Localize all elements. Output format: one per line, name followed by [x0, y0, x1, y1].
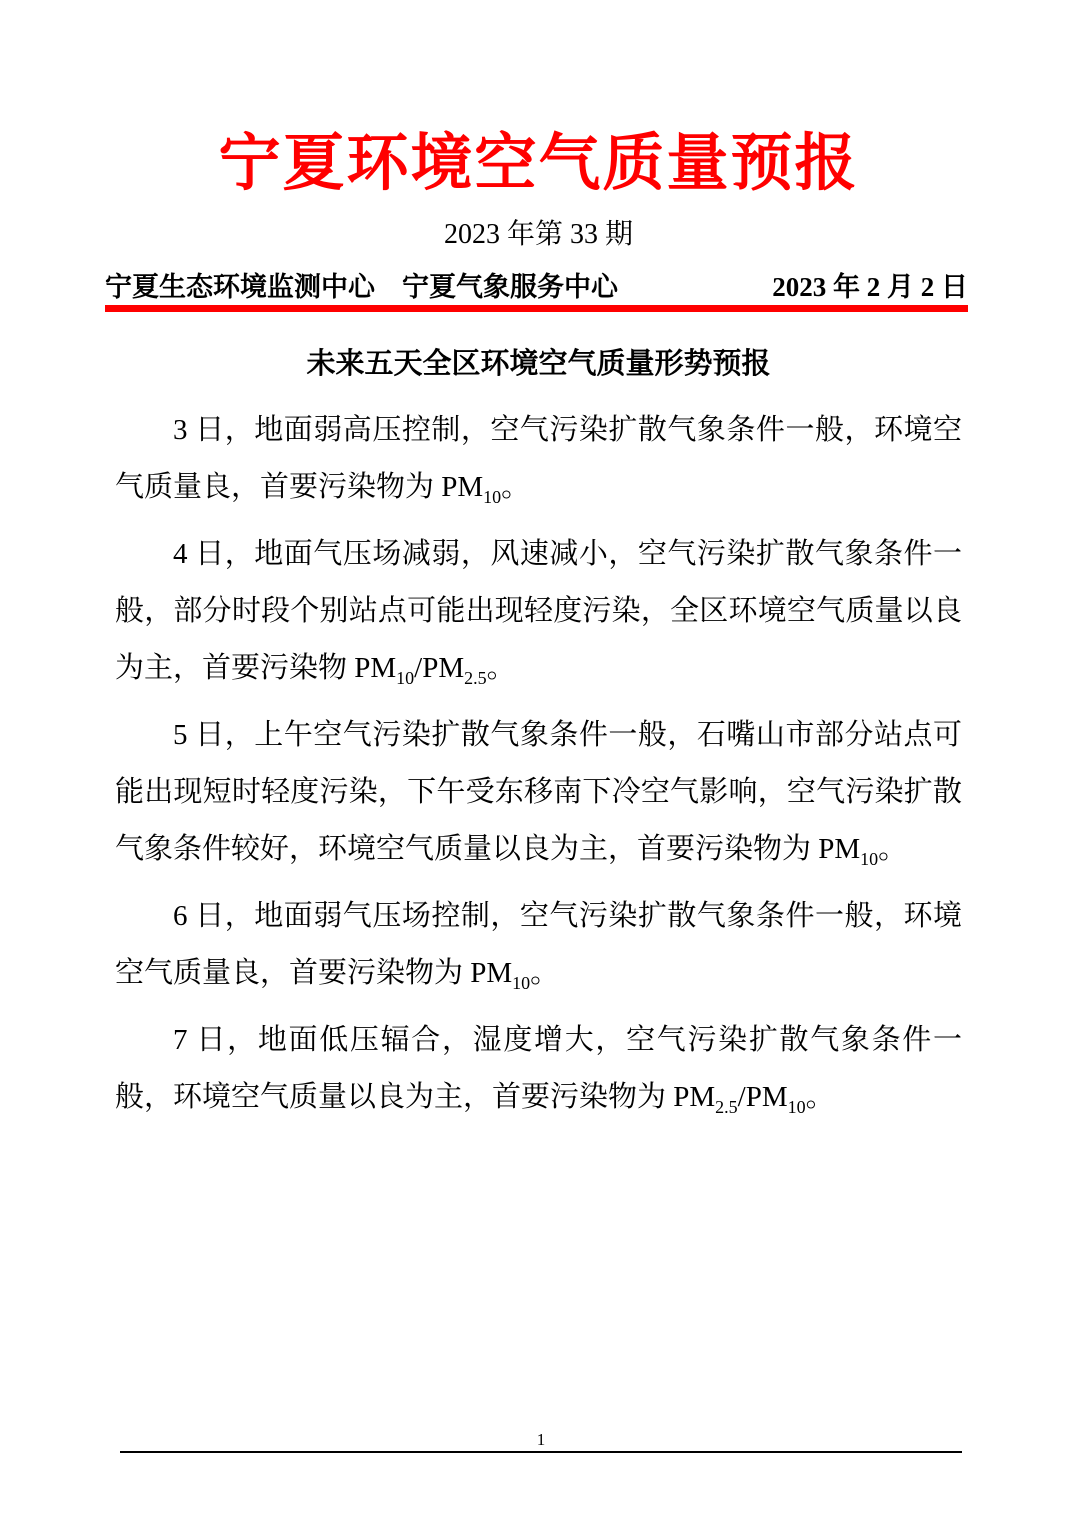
paragraph-text: 。 — [878, 833, 907, 865]
pollutant-subscript: 10 — [860, 849, 878, 869]
body-paragraph: 4 日，地面气压场减弱，风速减小，空气污染扩散气象条件一般，部分时段个别站点可能… — [115, 526, 962, 697]
pollutant-subscript: 2.5 — [715, 1097, 737, 1117]
pollutant-subscript: 10 — [788, 1097, 806, 1117]
body-paragraphs: 3 日，地面弱高压控制，空气污染扩散气象条件一般，环境空气质量良，首要污染物为 … — [115, 402, 962, 1126]
issue-number: 2023 年第 33 期 — [115, 220, 962, 250]
document-title: 宁夏环境空气质量预报 — [115, 130, 962, 198]
paragraph-text: 。 — [530, 957, 559, 989]
paragraph-text: /PM — [414, 652, 464, 684]
body-paragraph: 5 日，上午空气污染扩散气象条件一般，石嘴山市部分站点可能出现短时轻度污染，下午… — [115, 707, 962, 878]
paragraph-text: 。 — [501, 471, 530, 503]
masthead-agencies: 宁夏生态环境监测中心 宁夏气象服务中心 — [105, 272, 618, 302]
paragraph-text: 3 日，地面弱高压控制，空气污染扩散气象条件一般，环境空气质量良，首要污染物为 … — [115, 414, 962, 503]
masthead-date: 2023 年 2 月 2 日 — [772, 272, 968, 302]
page-number: 1 — [537, 1430, 546, 1449]
page-footer: 1 — [120, 1430, 962, 1453]
paragraph-text: 5 日，上午空气污染扩散气象条件一般，石嘴山市部分站点可能出现短时轻度污染，下午… — [115, 719, 962, 865]
body-paragraph: 7 日，地面低压辐合，湿度增大，空气污染扩散气象条件一般，环境空气质量以良为主，… — [115, 1012, 962, 1126]
pollutant-subscript: 10 — [512, 973, 530, 993]
pollutant-subscript: 2.5 — [464, 668, 486, 688]
paragraph-text: 。 — [806, 1081, 835, 1113]
body-paragraph: 3 日，地面弱高压控制，空气污染扩散气象条件一般，环境空气质量良，首要污染物为 … — [115, 402, 962, 516]
section-title: 未来五天全区环境空气质量形势预报 — [115, 348, 962, 380]
pollutant-subscript: 10 — [483, 487, 501, 507]
paragraph-text: 4 日，地面气压场减弱，风速减小，空气污染扩散气象条件一般，部分时段个别站点可能… — [115, 538, 962, 684]
paragraph-text: 7 日，地面低压辐合，湿度增大，空气污染扩散气象条件一般，环境空气质量以良为主，… — [115, 1024, 962, 1113]
body-paragraph: 6 日，地面弱气压场控制，空气污染扩散气象条件一般，环境空气质量良，首要污染物为… — [115, 888, 962, 1002]
pollutant-subscript: 10 — [396, 668, 414, 688]
paragraph-text: /PM — [738, 1081, 788, 1113]
document-page: 宁夏环境空气质量预报 2023 年第 33 期 宁夏生态环境监测中心 宁夏气象服… — [0, 0, 1074, 1520]
masthead: 宁夏生态环境监测中心 宁夏气象服务中心 2023 年 2 月 2 日 — [105, 272, 968, 312]
paragraph-text: 。 — [487, 652, 516, 684]
